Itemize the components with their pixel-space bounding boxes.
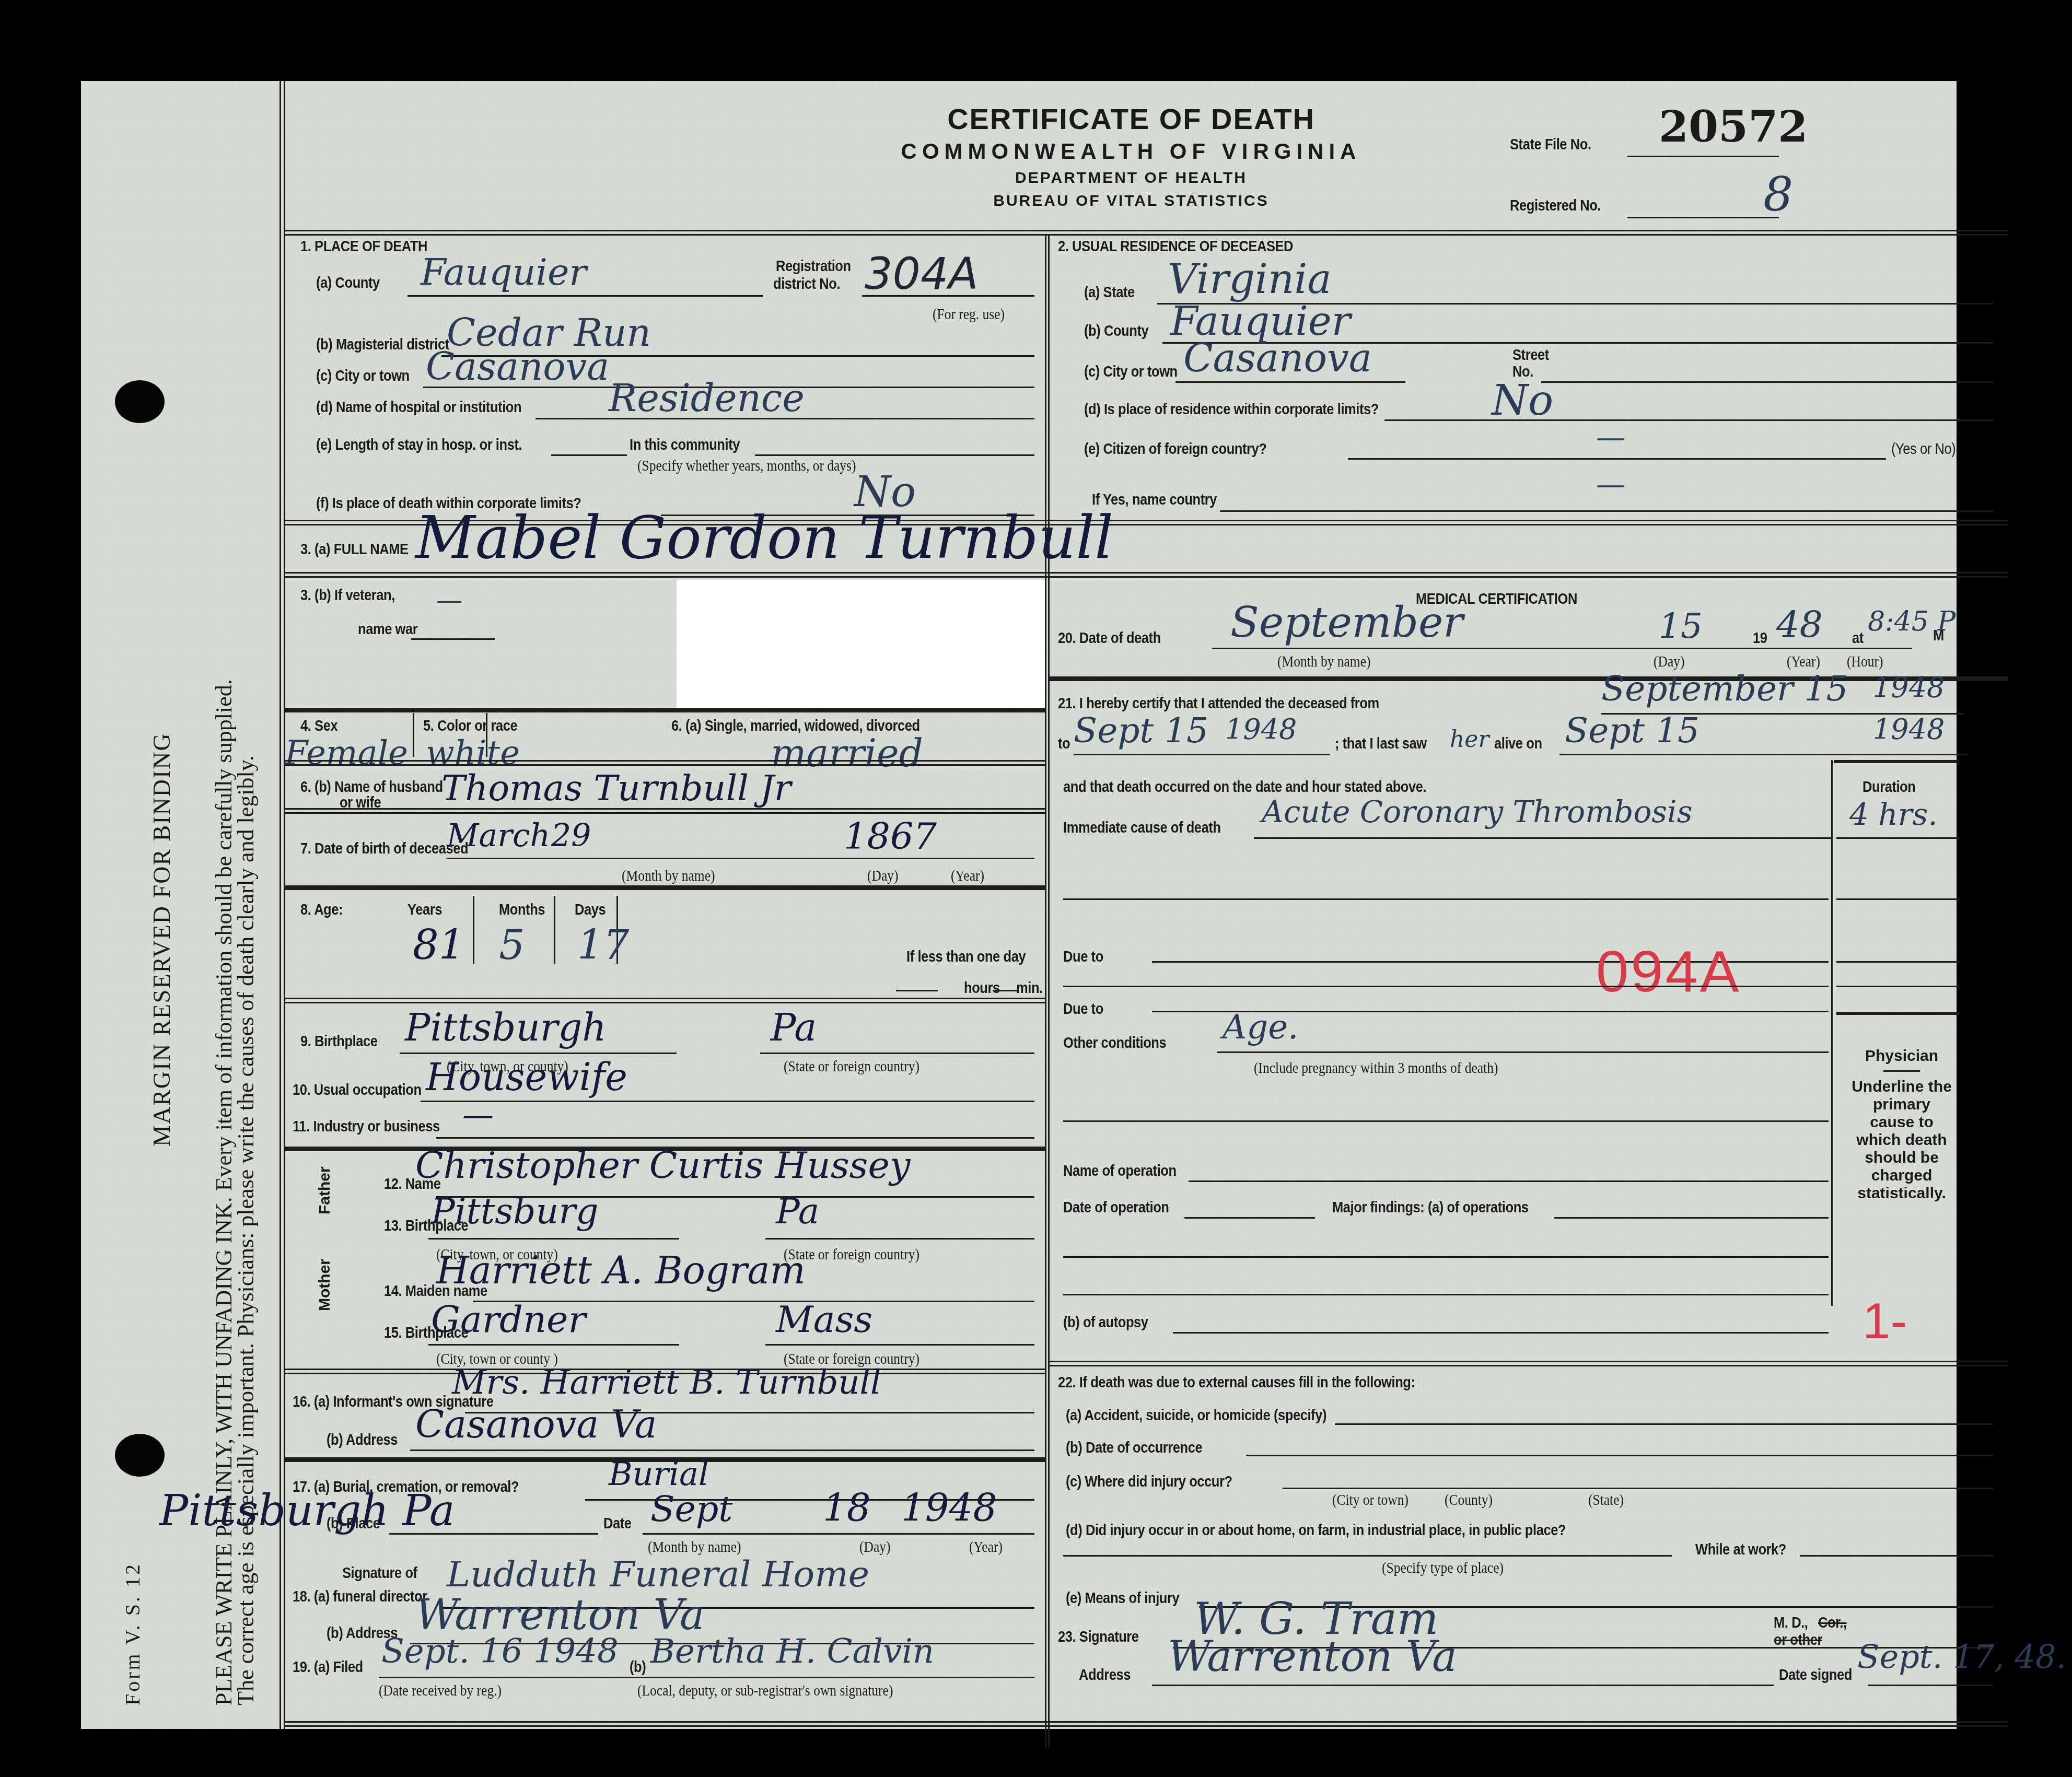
cause-duration-line xyxy=(1836,837,1959,839)
hours-line xyxy=(896,990,938,991)
informant-address-line xyxy=(410,1449,1034,1451)
duration-line-4 xyxy=(1836,986,1959,987)
birthplace-divider xyxy=(284,998,1045,1003)
cause-duration[interactable]: 4 hrs. xyxy=(1849,797,1938,832)
center-divider-2 xyxy=(1048,235,1050,1747)
pod-city-label: (c) City or town xyxy=(316,367,410,385)
external-work-line xyxy=(1800,1555,1993,1557)
external-a-line xyxy=(1335,1423,1993,1425)
burial-date-line xyxy=(643,1533,1034,1535)
reg-district-value: 304A xyxy=(865,248,979,299)
operation-name-label: Name of operation xyxy=(1063,1162,1177,1180)
autopsy-line xyxy=(1173,1332,1829,1334)
operation-date-label: Date of operation xyxy=(1063,1199,1169,1217)
duration-divider xyxy=(1831,760,1833,1306)
cause-value[interactable]: Acute Coronary Thrombosis xyxy=(1262,794,1692,829)
attended-to-line xyxy=(1074,754,1330,755)
dod-label: 20. Date of death xyxy=(1058,629,1161,647)
burial-month-note: (Month by name) xyxy=(648,1538,741,1556)
cause-line-2 xyxy=(1063,898,1829,900)
spouse-value[interactable]: Thomas Turnbull Jr xyxy=(441,768,791,809)
certify-label: 21. I hereby certify that I attended the… xyxy=(1058,695,1379,712)
age-years-value[interactable]: 81 xyxy=(413,922,464,969)
physician-address-label: Address xyxy=(1079,1666,1131,1684)
veteran-war-label: name war xyxy=(358,621,417,638)
other-conditions-line xyxy=(1217,1051,1829,1053)
min-label: min. xyxy=(1016,979,1043,997)
operation-name-line xyxy=(1189,1180,1829,1182)
external-divider xyxy=(1048,1361,2008,1366)
pod-county-line xyxy=(408,295,763,297)
res-city-line xyxy=(1175,381,1405,383)
findings-line xyxy=(1554,1217,1829,1219)
dod-line xyxy=(1212,648,1912,649)
duration-line-3 xyxy=(1836,961,1959,963)
attended-from-year[interactable]: 1948 xyxy=(1873,671,1945,704)
mother-birth-city-line xyxy=(428,1344,679,1346)
physician-note-text: Underline the primary cause to which dea… xyxy=(1849,1078,1954,1202)
pod-stay-note: (Specify whether years, months, or days) xyxy=(637,457,856,475)
father-birth-state[interactable]: Pa xyxy=(776,1191,819,1232)
center-divider xyxy=(1045,235,1046,1747)
physician-note: Physician Underline the primary cause to… xyxy=(1849,1047,1954,1202)
industry-line xyxy=(436,1137,1034,1139)
physician-address-value[interactable]: Warrenton Va xyxy=(1168,1632,1457,1681)
reg-district-label-1: Registration xyxy=(776,258,851,275)
physician-date-label: Date signed xyxy=(1779,1666,1852,1684)
redacted-block xyxy=(677,580,1045,708)
age-days-value[interactable]: 17 xyxy=(577,922,629,969)
res-yes-no-note: (Yes or No) xyxy=(1891,440,1955,458)
age-years-divider xyxy=(473,896,474,964)
sex-label: 4. Sex xyxy=(300,717,337,735)
cause-label: Immediate cause of death xyxy=(1063,819,1221,837)
sex-value[interactable]: Female xyxy=(285,734,408,773)
pod-city-value[interactable]: Casanova xyxy=(426,345,609,389)
duration-line-2 xyxy=(1836,898,1959,900)
occupation-value[interactable]: Housewife xyxy=(426,1055,627,1099)
sex-divider xyxy=(413,713,414,757)
external-county-note: (County) xyxy=(1445,1491,1493,1509)
full-name-value[interactable]: Mabel Gordon Turnbull xyxy=(415,504,1113,572)
res-country-line xyxy=(1220,510,1993,512)
registrar-note: (Local, deputy, or sub-registrar's own s… xyxy=(637,1682,893,1700)
marital-value[interactable]: married xyxy=(771,731,923,775)
pod-hospital-label: (d) Name of hospital or institution xyxy=(316,399,521,416)
pod-stay-line xyxy=(551,454,627,456)
dob-divider xyxy=(284,808,1045,814)
medical-divider xyxy=(1048,676,2008,681)
birthplace-label: 9. Birthplace xyxy=(300,1033,378,1050)
dod-at-label: at xyxy=(1852,629,1864,647)
dod-year-note: (Year) xyxy=(1787,653,1820,671)
operation-date-line xyxy=(1184,1217,1315,1219)
other-conditions-line-2 xyxy=(1063,1120,1829,1122)
dod-day-note: (Day) xyxy=(1654,653,1684,671)
to-label: to xyxy=(1058,735,1070,753)
informant-address-value[interactable]: Casanova Va xyxy=(415,1402,657,1446)
burial-place-value[interactable]: Pittsburgh Pa xyxy=(159,1486,455,1536)
physician-sig-label: 23. Signature xyxy=(1058,1628,1139,1646)
burial-date-month[interactable]: Sept xyxy=(650,1489,733,1530)
place-of-death-heading: 1. PLACE OF DEATH xyxy=(300,238,427,255)
physician-title-cor: Cor., xyxy=(1818,1614,1847,1632)
funeral-sig-label-1: Signature of xyxy=(342,1564,417,1582)
header: CERTIFICATE OF DEATH COMMONWEALTH OF VIR… xyxy=(744,102,1518,210)
mother-tag: Mother xyxy=(316,1259,334,1311)
duration-label: Duration xyxy=(1863,778,1915,796)
duration-top-rule xyxy=(1834,760,1959,763)
reg-use-note: (For reg. use) xyxy=(933,306,1005,323)
occupation-label: 10. Usual occupation xyxy=(293,1081,422,1099)
external-a-label: (a) Accident, suicide, or homicide (spec… xyxy=(1066,1407,1326,1424)
filed-line xyxy=(379,1677,1034,1678)
res-state-label: (a) State xyxy=(1084,284,1135,301)
bureau-name: BUREAU OF VITAL STATISTICS xyxy=(744,192,1518,210)
occurred-label: and that death occurred on the date and … xyxy=(1063,778,1426,796)
res-country-value[interactable]: — xyxy=(1596,467,1625,501)
alive-on-label: alive on xyxy=(1494,735,1542,753)
last-saw-pronoun[interactable]: her xyxy=(1450,726,1489,753)
birthplace-state-line xyxy=(760,1053,1034,1054)
age-months-label: Months xyxy=(499,901,545,919)
pod-stay-label: (e) Length of stay in hosp. or inst. xyxy=(316,436,522,454)
occupation-line xyxy=(421,1101,1034,1102)
dod-year[interactable]: 48 xyxy=(1776,603,1823,646)
side-mark: 1- xyxy=(1863,1293,1907,1350)
certificate-subtitle: COMMONWEALTH OF VIRGINIA xyxy=(744,139,1518,164)
attended-to[interactable]: Sept 15 xyxy=(1074,710,1208,751)
state-file-line xyxy=(1627,156,1779,157)
age-days-label: Days xyxy=(575,901,606,919)
dod-m-label: M xyxy=(1933,627,1944,645)
margin-instruction-2: The correct age is especially important.… xyxy=(232,755,259,1705)
certificate-title: CERTIFICATE OF DEATH xyxy=(744,102,1518,136)
veteran-label: 3. (b) If veteran, xyxy=(300,587,395,604)
findings-line-3 xyxy=(1063,1294,1829,1295)
dob-day[interactable]: 29 xyxy=(551,817,591,854)
dob-year[interactable]: 1867 xyxy=(844,815,937,858)
res-city-label: (c) City or town xyxy=(1084,363,1178,381)
physician-date-line xyxy=(1868,1685,1993,1686)
birthplace-state-note: (State or foreign country) xyxy=(784,1058,919,1075)
industry-value[interactable]: — xyxy=(462,1097,494,1133)
res-citizen-label: (e) Citizen of foreign country? xyxy=(1084,440,1266,458)
alive-on-year[interactable]: 1948 xyxy=(1873,713,1945,746)
hours-label: hours xyxy=(964,979,1000,997)
birthplace-state[interactable]: Pa xyxy=(771,1006,817,1049)
physician-note-title: Physician xyxy=(1849,1047,1954,1065)
registrar-prefix: (b) xyxy=(630,1658,646,1676)
other-conditions-value[interactable]: Age. xyxy=(1223,1008,1298,1047)
race-label: 5. Color or race xyxy=(423,717,517,735)
informant-address-label: (b) Address xyxy=(327,1431,398,1449)
cause-code-stamp: 094A xyxy=(1596,938,1741,1005)
state-file-number: 20572 xyxy=(1659,102,1808,152)
age-divider xyxy=(284,885,1045,890)
autopsy-label: (b) of autopsy xyxy=(1063,1314,1148,1331)
mother-birth-city[interactable]: Gardner xyxy=(431,1298,586,1341)
burial-date-day[interactable]: 18 xyxy=(823,1486,871,1530)
registered-number: 8 xyxy=(1763,167,1793,222)
burial-date-label: Date xyxy=(603,1515,632,1533)
external-place-note: (Specify type of place) xyxy=(1382,1559,1504,1577)
external-e-label: (e) Means of injury xyxy=(1066,1589,1179,1607)
birthplace-city-line xyxy=(400,1053,677,1054)
header-divider xyxy=(284,230,2008,236)
dob-year-note: (Year) xyxy=(951,867,984,885)
findings-label: Major findings: (a) of operations xyxy=(1332,1199,1529,1217)
dod-day[interactable]: 15 xyxy=(1659,606,1703,646)
external-b-label: (b) Date of occurrence xyxy=(1066,1439,1202,1457)
pod-community-line xyxy=(755,454,1034,456)
burial-year-note: (Year) xyxy=(969,1538,1003,1556)
form-number: Form V. S. 12 xyxy=(120,1562,145,1705)
age-label: 8. Age: xyxy=(300,901,343,919)
res-corporate-line xyxy=(1384,419,1993,421)
form-left-border-2 xyxy=(284,81,285,1729)
dob-day-note: (Day) xyxy=(867,867,898,885)
physician-note-rule xyxy=(1883,1070,1920,1072)
physician-address-line xyxy=(1152,1685,1774,1686)
res-corporate-label: (d) Is place of residence within corpora… xyxy=(1084,401,1379,418)
margin-binding-note: MARGIN RESERVED FOR BINDING xyxy=(148,732,176,1147)
father-birth-state-line xyxy=(765,1238,1034,1240)
res-county-label: (b) County xyxy=(1084,322,1148,340)
due-to-label-2: Due to xyxy=(1063,1000,1103,1018)
spouse-label-1: 6. (b) Name of husband xyxy=(300,778,443,796)
external-b-line xyxy=(1246,1455,1993,1456)
registered-line xyxy=(1627,217,1779,218)
external-heading: 22. If death was due to external causes … xyxy=(1058,1374,1415,1392)
pod-hospital-value[interactable]: Residence xyxy=(609,376,805,420)
burial-date-year[interactable]: 1948 xyxy=(901,1486,997,1530)
birthplace-city[interactable]: Pittsburgh xyxy=(405,1006,607,1049)
dod-hour-note: (Hour) xyxy=(1847,653,1883,671)
age-months-value[interactable]: 5 xyxy=(499,922,525,969)
residence-heading: 2. USUAL RESIDENCE OF DECEASED xyxy=(1058,238,1293,255)
funeral-sig-value[interactable]: Ludduth Funeral Home xyxy=(447,1554,869,1595)
veteran-war-line xyxy=(411,638,495,640)
certificate-paper: MARGIN RESERVED FOR BINDING PLEASE WRITE… xyxy=(81,81,1957,1729)
dod-month[interactable]: September xyxy=(1230,598,1463,647)
alive-on[interactable]: Sept 15 xyxy=(1565,710,1699,751)
last-saw-label: ; that I last saw xyxy=(1335,735,1427,753)
department-name: DEPARTMENT OF HEALTH xyxy=(744,169,1518,187)
binding-hole-top xyxy=(115,380,165,423)
industry-label: 11. Industry or business xyxy=(293,1118,440,1136)
res-corporate-value[interactable]: No xyxy=(1492,376,1553,425)
pod-county-value[interactable]: Fauquier xyxy=(421,251,587,294)
veteran-value[interactable]: — xyxy=(436,585,462,615)
father-name-value[interactable]: Christopher Curtis Hussey xyxy=(415,1144,910,1187)
min-line xyxy=(993,990,1019,991)
mother-name-value[interactable]: Harriett A. Bogram xyxy=(436,1248,806,1292)
res-street-label-1: Street xyxy=(1512,346,1549,364)
section-divider-sex xyxy=(284,708,1045,712)
filed-value[interactable]: Sept. 16 1948 xyxy=(381,1632,619,1671)
less-than-day-label: If less than one day xyxy=(906,948,1026,966)
res-street-line xyxy=(1541,381,1993,383)
registered-label: Registered No. xyxy=(1510,197,1601,215)
filed-label: 19. (a) Filed xyxy=(293,1658,363,1676)
external-c-line xyxy=(1283,1488,1993,1489)
external-c-label: (c) Where did injury occur? xyxy=(1066,1473,1232,1491)
registrar-value[interactable]: Bertha H. Calvin xyxy=(650,1632,934,1671)
informant-sig-value[interactable]: Mrs. Harriett B. Turnbull xyxy=(452,1363,881,1402)
race-value[interactable]: white xyxy=(426,734,520,773)
res-city-value[interactable]: Casanova xyxy=(1183,336,1372,381)
external-d-label: (d) Did injury occur in or about home, o… xyxy=(1066,1522,1566,1539)
dod-year-prefix: 19 xyxy=(1753,629,1767,647)
external-city-note: (City or town) xyxy=(1332,1491,1409,1509)
age-years-label: Years xyxy=(408,901,442,919)
binding-hole-bottom xyxy=(115,1434,165,1477)
age-months-divider xyxy=(554,896,555,964)
physician-date-value[interactable]: Sept. 17, 48. xyxy=(1857,1638,2066,1676)
other-conditions-label: Other conditions xyxy=(1063,1034,1166,1052)
due-to-label-1: Due to xyxy=(1063,948,1103,966)
mother-birth-state[interactable]: Mass xyxy=(776,1298,872,1341)
dob-line xyxy=(447,858,1034,859)
pod-county-label: (a) County xyxy=(316,274,380,292)
physician-title-md: M. D., xyxy=(1774,1614,1808,1632)
reg-district-label-2: district No. xyxy=(773,275,840,293)
dob-label: 7. Date of birth of deceased xyxy=(300,840,468,858)
pregnancy-note: (Include pregnancy within 3 months of de… xyxy=(1254,1059,1498,1077)
form-left-border xyxy=(280,81,281,1729)
full-name-label: 3. (a) FULL NAME xyxy=(300,541,409,558)
pod-community-label: In this community xyxy=(630,436,740,454)
name-divider-bottom xyxy=(284,572,2008,578)
dob-month[interactable]: March xyxy=(447,817,550,854)
spouse-divider xyxy=(284,760,1045,766)
res-state-value[interactable]: Virginia xyxy=(1168,256,1332,303)
external-work-label: While at work? xyxy=(1695,1541,1786,1559)
race-divider xyxy=(486,713,487,757)
res-citizen-value[interactable]: — xyxy=(1596,420,1625,454)
cause-line xyxy=(1254,837,1831,839)
mother-birth-state-line xyxy=(765,1344,1034,1346)
father-birth-city[interactable]: Pittsburg xyxy=(431,1191,598,1232)
attended-from[interactable]: September 15 xyxy=(1601,669,1848,709)
father-tag: Father xyxy=(316,1166,334,1214)
res-citizen-line xyxy=(1348,458,1886,460)
due-to-line-1b xyxy=(1063,986,1829,987)
alive-on-line xyxy=(1559,754,1967,755)
form-bottom-rule xyxy=(284,1721,2008,1727)
filed-note: (Date received by reg.) xyxy=(379,1682,502,1700)
external-state-note: (State) xyxy=(1588,1491,1624,1509)
dob-month-note: (Month by name) xyxy=(622,867,715,885)
attended-to-year[interactable]: 1948 xyxy=(1225,713,1297,746)
state-file-label: State File No. xyxy=(1510,136,1591,154)
dod-month-note: (Month by name) xyxy=(1277,653,1370,671)
external-d-line xyxy=(1063,1555,1672,1557)
burial-method-value[interactable]: Burial xyxy=(609,1455,709,1493)
father-birth-city-line xyxy=(428,1238,679,1240)
duration-bottom-rule xyxy=(1836,1012,1959,1015)
burial-day-note: (Day) xyxy=(859,1538,890,1556)
findings-line-2 xyxy=(1063,1256,1829,1258)
funeral-sig-label-2: 18. (a) funeral director xyxy=(293,1588,427,1606)
physician-title-other: or other xyxy=(1774,1631,1822,1649)
